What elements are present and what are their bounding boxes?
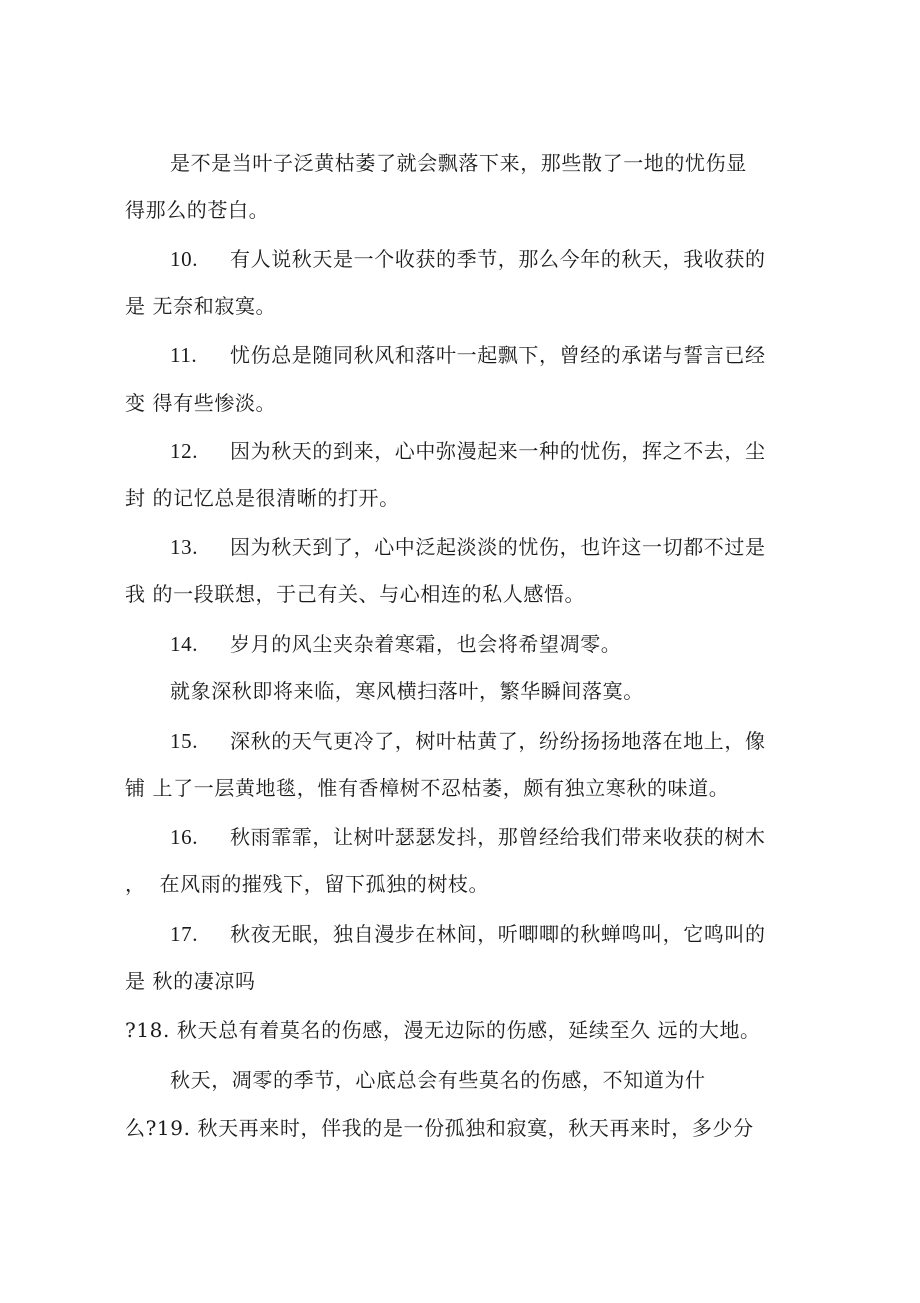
paragraph-line: 我 的一段联想，于己有关、与心相连的私人感悟。	[125, 582, 585, 606]
paragraph-line: 变 得有些惨淡。	[125, 391, 276, 415]
line-text: 是 秋的凄凉吗	[125, 969, 256, 993]
line-text: 有人说秋天是一个收获的季节，那么今年的秋天，我收获的	[230, 247, 766, 271]
line-text: 深秋的天气更冷了，树叶枯黄了，纷纷扬扬地落在地上，像	[230, 729, 766, 753]
line-text: 是不是当叶子泛黄枯萎了就会飘落下来，那些散了一地的忧伤显	[170, 151, 747, 175]
line-text: ?18. 秋天总有着莫名的伤感，漫无边际的伤感，延续至久 远的大地。	[125, 1018, 761, 1042]
item-number: 14.	[170, 632, 230, 656]
item-number: 15.	[170, 729, 230, 753]
line-text: 封 的记忆总是很清晰的打开。	[125, 486, 400, 510]
line-text: 变 得有些惨淡。	[125, 391, 276, 415]
paragraph-line: 秋天，凋零的季节，心底总会有些莫名的伤感，不知道为什	[170, 1068, 706, 1092]
paragraph-line: 14.岁月的风尘夹杂着寒霜，也会将希望凋零。	[170, 632, 621, 656]
paragraph-line: 得那么的苍白。	[125, 198, 269, 222]
paragraph-line: 17.秋夜无眠，独自漫步在林间，听唧唧的秋蝉鸣叫，它鸣叫的	[170, 922, 766, 946]
line-text: ， 在风雨的摧残下，留下孤独的树枝。	[125, 872, 489, 896]
document-page: 是不是当叶子泛黄枯萎了就会飘落下来，那些散了一地的忧伤显 得那么的苍白。 10.…	[0, 0, 920, 1303]
line-text: 得那么的苍白。	[125, 198, 269, 222]
item-number: 11.	[170, 343, 230, 367]
item-number: 17.	[170, 922, 230, 946]
line-text: 因为秋天的到来，心中弥漫起来一种的忧伤，挥之不去，尘	[230, 439, 766, 463]
paragraph-line: 13.因为秋天到了，心中泛起淡淡的忧伤，也许这一切都不过是	[170, 535, 766, 559]
line-text: 就象深秋即将来临，寒风横扫落叶，繁华瞬间落寞。	[170, 679, 644, 703]
paragraph-line: 15.深秋的天气更冷了，树叶枯黄了，纷纷扬扬地落在地上，像	[170, 729, 766, 753]
paragraph-line: 封 的记忆总是很清晰的打开。	[125, 486, 400, 510]
paragraph-line: 是 无奈和寂寞。	[125, 294, 276, 318]
paragraph-line: 11.忧伤总是随同秋风和落叶一起飘下，曾经的承诺与誓言已经	[170, 343, 766, 367]
item-number: 16.	[170, 825, 230, 849]
item-number: 12.	[170, 439, 230, 463]
line-text: 岁月的风尘夹杂着寒霜，也会将希望凋零。	[230, 632, 621, 656]
paragraph-line: 10.有人说秋天是一个收获的季节，那么今年的秋天，我收获的	[170, 247, 766, 271]
line-text: 秋天，凋零的季节，心底总会有些莫名的伤感，不知道为什	[170, 1068, 706, 1092]
paragraph-line: 是不是当叶子泛黄枯萎了就会飘落下来，那些散了一地的忧伤显	[170, 151, 747, 175]
paragraph-line: ， 在风雨的摧残下，留下孤独的树枝。	[125, 872, 489, 896]
line-text: 是 无奈和寂寞。	[125, 294, 276, 318]
line-text: 我 的一段联想，于己有关、与心相连的私人感悟。	[125, 582, 585, 606]
paragraph-line: 就象深秋即将来临，寒风横扫落叶，繁华瞬间落寞。	[170, 679, 644, 703]
paragraph-line: 是 秋的凄凉吗	[125, 969, 256, 993]
paragraph-line: 16.秋雨霏霏，让树叶瑟瑟发抖，那曾经给我们带来收获的树木	[170, 825, 766, 849]
line-text: 么?19. 秋天再来时，伴我的是一份孤独和寂寞，秋天再来时，多少分	[125, 1116, 754, 1140]
item-number: 10.	[170, 247, 230, 271]
line-text: 忧伤总是随同秋风和落叶一起飘下，曾经的承诺与誓言已经	[230, 343, 766, 367]
paragraph-line: ?18. 秋天总有着莫名的伤感，漫无边际的伤感，延续至久 远的大地。	[125, 1018, 761, 1042]
line-text: 秋雨霏霏，让树叶瑟瑟发抖，那曾经给我们带来收获的树木	[230, 825, 766, 849]
paragraph-line: 么?19. 秋天再来时，伴我的是一份孤独和寂寞，秋天再来时，多少分	[125, 1116, 754, 1140]
line-text: 因为秋天到了，心中泛起淡淡的忧伤，也许这一切都不过是	[230, 535, 766, 559]
line-text: 秋夜无眠，独自漫步在林间，听唧唧的秋蝉鸣叫，它鸣叫的	[230, 922, 766, 946]
paragraph-line: 12.因为秋天的到来，心中弥漫起来一种的忧伤，挥之不去，尘	[170, 439, 766, 463]
item-number: 13.	[170, 535, 230, 559]
paragraph-line: 铺 上了一层黄地毯，惟有香樟树不忍枯萎，颇有独立寒秋的味道。	[125, 776, 729, 800]
line-text: 铺 上了一层黄地毯，惟有香樟树不忍枯萎，颇有独立寒秋的味道。	[125, 776, 729, 800]
